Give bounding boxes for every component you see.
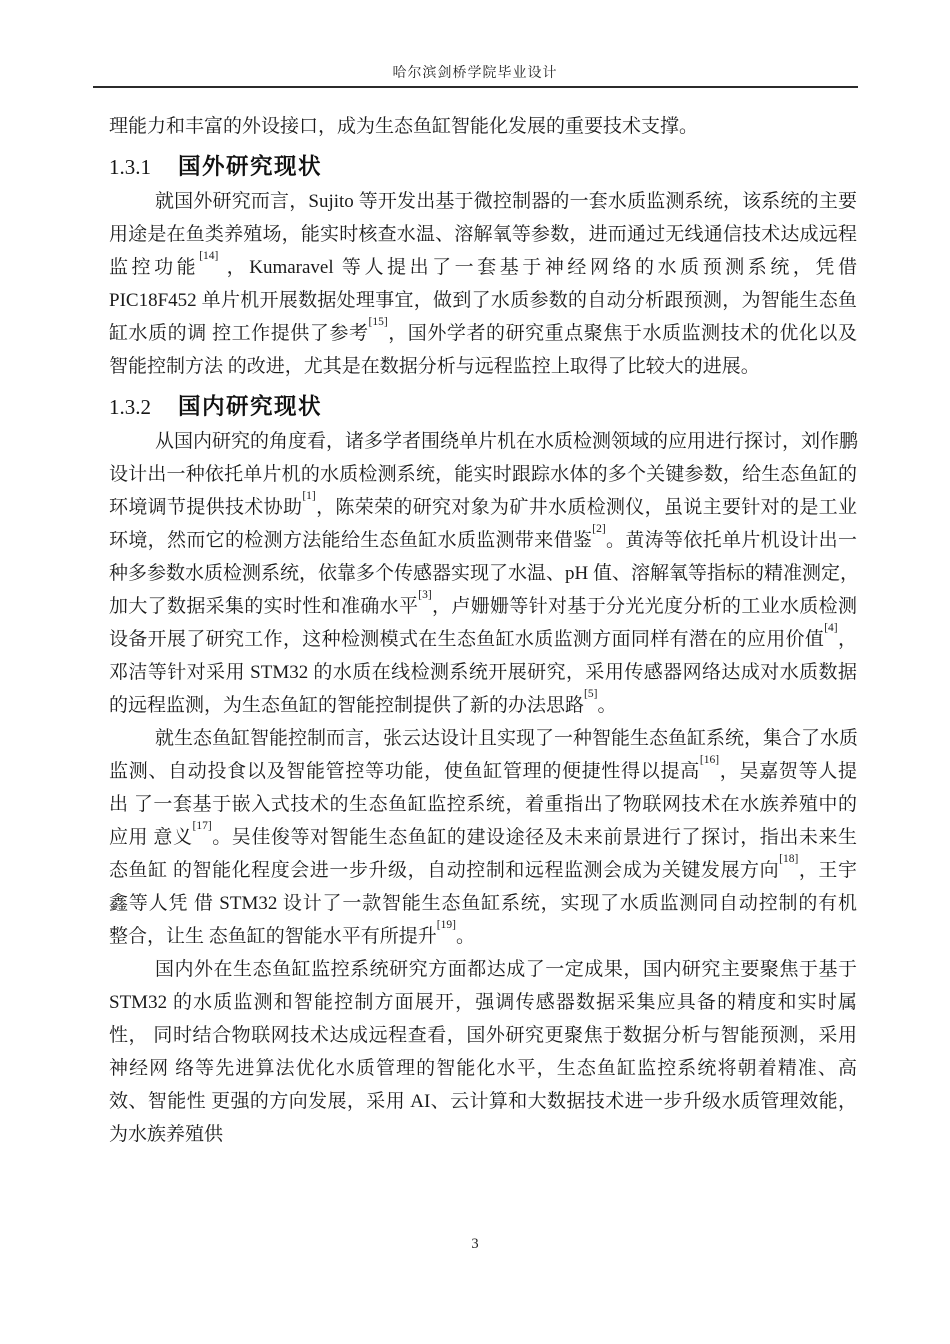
text-line: 设备开展了研究工作，这种检测模式在生态鱼缸水质监测方面同样有潜在的应用价值[4]…	[109, 623, 857, 656]
reference-superscript: [19]	[437, 919, 456, 931]
paragraph: 从国内研究的角度看，诸多学者围绕单片机在水质检测领域的应用进行探讨，刘作鹏设计出…	[109, 425, 857, 722]
text-line: 应用 意义[17]。吴佳俊等对智能生态鱼缸的建设途径及未来前景进行了探讨，指出未…	[109, 821, 857, 854]
text-line: 出 了一套基于嵌入式技术的生态鱼缸监控系统，着重指出了物联网技术在水族养殖中的	[109, 788, 857, 821]
text-line: STM32 的水质监测和智能控制方面展开，强调传感器数据采集应具备的精度和实时属	[109, 986, 857, 1019]
text-line: 环境调节提供技术协助[1]，陈荣荣的研究对象为矿井水质检测仪，虽说主要针对的是工…	[109, 491, 857, 524]
reference-superscript: [2]	[592, 523, 605, 535]
paragraph: 理能力和丰富的外设接口，成为生态鱼缸智能化发展的重要技术支撑。	[109, 110, 857, 143]
text-line: 监测、自动投食以及智能管控等功能，使鱼缸管理的便捷性得以提高[16]，吴嘉贺等人…	[109, 755, 857, 788]
reference-superscript: [5]	[584, 688, 597, 700]
running-head: 哈尔滨剑桥学院毕业设计	[0, 62, 950, 82]
text-line: 性， 同时结合物联网技术达成远程查看，国外研究更聚焦于数据分析与智能预测，采用	[109, 1019, 857, 1052]
text-line: 环境，然而它的检测方法能给生态鱼缸水质监测带来借鉴[2]。黄涛等依托单片机设计出…	[109, 524, 857, 557]
text-line: 智能控制方法 的改进，尤其是在数据分析与远程监控上取得了比较大的进展。	[109, 350, 857, 383]
section-heading: 1.3.2国内研究现状	[109, 391, 857, 423]
text-line: 整合，让生 态鱼缸的智能水平有所提升[19]。	[109, 920, 857, 953]
text-line: 设计出一种依托单片机的水质检测系统，能实时跟踪水体的多个关键参数，给生态鱼缸的	[109, 458, 857, 491]
text-line: 缸水质的调 控工作提供了参考[15]，国外学者的研究重点聚焦于水质监测技术的优化…	[109, 317, 857, 350]
heading-title: 国内研究现状	[178, 394, 322, 419]
reference-superscript: [1]	[302, 490, 315, 502]
paragraph: 国内外在生态鱼缸监控系统研究方面都达成了一定成果，国内研究主要聚焦于基于STM3…	[109, 953, 857, 1151]
reference-superscript: [14]	[199, 250, 218, 262]
text-line: 加大了数据采集的实时性和准确水平[3]，卢姗姗等针对基于分光光度分析的工业水质检…	[109, 590, 857, 623]
reference-superscript: [18]	[779, 853, 798, 865]
heading-number: 1.3.1	[109, 155, 151, 179]
reference-superscript: [16]	[700, 754, 719, 766]
text-line: 邓洁等针对采用 STM32 的水质在线检测系统开展研究，采用传感器网络达成对水质…	[109, 656, 857, 689]
section-heading: 1.3.1国外研究现状	[109, 151, 857, 183]
heading-title: 国外研究现状	[178, 154, 322, 179]
document-body: 理能力和丰富的外设接口，成为生态鱼缸智能化发展的重要技术支撑。1.3.1国外研究…	[109, 110, 857, 1151]
text-line: 鑫等人凭 借 STM32 设计了一款智能生态鱼缸系统，实现了水质监测同自动控制的…	[109, 887, 857, 920]
reference-superscript: [15]	[369, 316, 388, 328]
reference-superscript: [3]	[418, 589, 431, 601]
text-line: 用途是在鱼类养殖场，能实时核查水温、溶解氧等参数，进而通过无线通信技术达成远程	[109, 218, 857, 251]
heading-number: 1.3.2	[109, 395, 151, 419]
header-rule	[93, 86, 858, 88]
text-line: 态鱼缸 的智能化程度会进一步升级，自动控制和远程监测会成为关键发展方向[18]，…	[109, 854, 857, 887]
paragraph: 就国外研究而言，Sujito 等开发出基于微控制器的一套水质监测系统，该系统的主…	[109, 185, 857, 383]
text-line: 种多参数水质检测系统，依靠多个传感器实现了水温、pH 值、溶解氧等指标的精准测定…	[109, 557, 857, 590]
reference-superscript: [17]	[193, 820, 212, 832]
text-line: 从国内研究的角度看，诸多学者围绕单片机在水质检测领域的应用进行探讨，刘作鹏	[109, 425, 857, 458]
text-line: 国内外在生态鱼缸监控系统研究方面都达成了一定成果，国内研究主要聚焦于基于	[109, 953, 857, 986]
text-line: 为水族养殖供	[109, 1118, 857, 1151]
document-page: 哈尔滨剑桥学院毕业设计 理能力和丰富的外设接口，成为生态鱼缸智能化发展的重要技术…	[0, 0, 950, 1344]
text-line: 的远程监测，为生态鱼缸的智能控制提供了新的办法思路[5]。	[109, 689, 857, 722]
reference-superscript: [4]	[824, 622, 837, 634]
text-line: 理能力和丰富的外设接口，成为生态鱼缸智能化发展的重要技术支撑。	[109, 110, 857, 143]
text-line: 效、智能性 更强的方向发展，采用 AI、云计算和大数据技术进一步升级水质管理效能…	[109, 1085, 857, 1118]
text-line: 监控功能[14] ，Kumaravel 等人提出了一套基于神经网络的水质预测系统…	[109, 251, 857, 284]
page-number: 3	[0, 1236, 950, 1253]
text-line: 就国外研究而言，Sujito 等开发出基于微控制器的一套水质监测系统，该系统的主…	[109, 185, 857, 218]
text-line: 神经网 络等先进算法优化水质管理的智能化水平，生态鱼缸监控系统将朝着精准、高	[109, 1052, 857, 1085]
text-line: 就生态鱼缸智能控制而言，张云达设计且实现了一种智能生态鱼缸系统，集合了水质	[109, 722, 857, 755]
paragraph: 就生态鱼缸智能控制而言，张云达设计且实现了一种智能生态鱼缸系统，集合了水质监测、…	[109, 722, 857, 953]
text-line: PIC18F452 单片机开展数据处理事宜，做到了水质参数的自动分析跟预测，为智…	[109, 284, 857, 317]
